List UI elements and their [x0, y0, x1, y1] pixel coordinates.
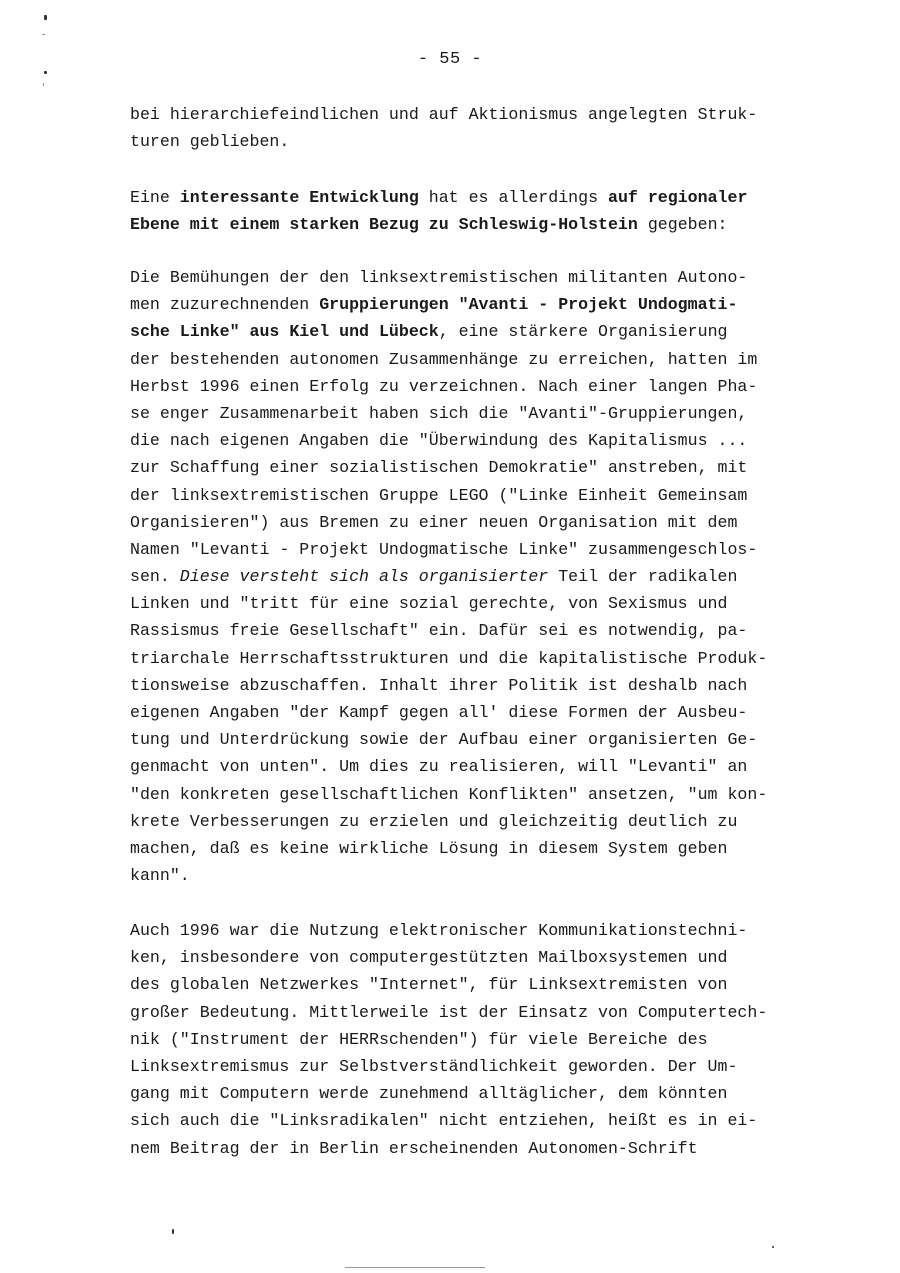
- italic-text: Diese versteht sich als organisierter: [180, 567, 548, 586]
- text-run: sen.: [130, 567, 180, 586]
- text-run: tung und Unterdrückung sowie der Aufbau …: [130, 730, 757, 749]
- text-run: kann".: [130, 866, 190, 885]
- text-line: sen. Diese versteht sich als organisiert…: [130, 563, 850, 590]
- text-run: krete Verbesserungen zu erzielen und gle…: [130, 812, 737, 831]
- text-line: kann".: [130, 862, 850, 889]
- text-run: die nach eigenen Angaben die "Überwindun…: [130, 431, 747, 450]
- text-line: Linksextremismus zur Selbstverständlichk…: [130, 1053, 850, 1080]
- text-line: nik ("Instrument der HERRschenden") für …: [130, 1026, 850, 1053]
- text-run: nem Beitrag der in Berlin erscheinenden …: [130, 1139, 698, 1158]
- text-line: Herbst 1996 einen Erfolg zu verzeichnen.…: [130, 373, 850, 400]
- text-run: turen geblieben.: [130, 132, 289, 151]
- text-line: tionsweise abzuschaffen. Inhalt ihrer Po…: [130, 672, 850, 699]
- text-run: Teil der radikalen: [548, 567, 737, 586]
- bold-text: interessante Entwicklung: [180, 188, 419, 207]
- text-line: der bestehenden autonomen Zusammenhänge …: [130, 346, 850, 373]
- text-run: gang mit Computern werde zunehmend alltä…: [130, 1084, 727, 1103]
- text-run: machen, daß es keine wirkliche Lösung in…: [130, 839, 727, 858]
- text-run: Linken und "tritt für eine sozial gerech…: [130, 594, 727, 613]
- text-line: Die Bemühungen der den linksextremistisc…: [130, 264, 850, 291]
- text-run: Auch 1996 war die Nutzung elektronischer…: [130, 921, 747, 940]
- text-line: nem Beitrag der in Berlin erscheinenden …: [130, 1135, 850, 1162]
- text-line: gang mit Computern werde zunehmend alltä…: [130, 1080, 850, 1107]
- text-run: ken, insbesondere von computergestützten…: [130, 948, 727, 967]
- text-run: tionsweise abzuschaffen. Inhalt ihrer Po…: [130, 676, 747, 695]
- text-line: Rassismus freie Gesellschaft" ein. Dafür…: [130, 617, 850, 644]
- paragraph-1: bei hierarchiefeindlichen und auf Aktion…: [130, 101, 850, 155]
- text-line: eigenen Angaben "der Kampf gegen all' di…: [130, 699, 850, 726]
- text-line: Auch 1996 war die Nutzung elektronischer…: [130, 917, 850, 944]
- text-run: , eine stärkere Organisierung: [439, 322, 728, 341]
- text-run: Rassismus freie Gesellschaft" ein. Dafür…: [130, 621, 747, 640]
- paragraph-3: Die Bemühungen der den linksextremistisc…: [130, 264, 850, 889]
- paragraph-4: Auch 1996 war die Nutzung elektronischer…: [130, 917, 850, 1162]
- text-run: gegeben:: [638, 215, 728, 234]
- text-line: Eine interessante Entwicklung hat es all…: [130, 184, 850, 211]
- text-line: Namen "Levanti - Projekt Undogmatische L…: [130, 536, 850, 563]
- text-run: eigenen Angaben "der Kampf gegen all' di…: [130, 703, 747, 722]
- text-run: zur Schaffung einer sozialistischen Demo…: [130, 458, 747, 477]
- bold-text: auf regionaler: [608, 188, 747, 207]
- text-line: tung und Unterdrückung sowie der Aufbau …: [130, 726, 850, 753]
- text-run: sich auch die "Linksradikalen" nicht ent…: [130, 1111, 757, 1130]
- text-line: sich auch die "Linksradikalen" nicht ent…: [130, 1107, 850, 1134]
- text-run: hat es allerdings: [419, 188, 608, 207]
- text-line: Organisieren") aus Bremen zu einer neuen…: [130, 509, 850, 536]
- scan-speck: [772, 1246, 774, 1248]
- text-line: sche Linke" aus Kiel und Lübeck, eine st…: [130, 318, 850, 345]
- text-line: Ebene mit einem starken Bezug zu Schlesw…: [130, 211, 850, 238]
- scan-speck: [44, 15, 47, 20]
- text-run: der linksextremistischen Gruppe LEGO ("L…: [130, 486, 747, 505]
- text-run: "den konkreten gesellschaftlichen Konfli…: [130, 785, 767, 804]
- text-line: turen geblieben.: [130, 128, 850, 155]
- text-line: die nach eigenen Angaben die "Überwindun…: [130, 427, 850, 454]
- text-run: großer Bedeutung. Mittlerweile ist der E…: [130, 1003, 767, 1022]
- text-line: se enger Zusammenarbeit haben sich die "…: [130, 400, 850, 427]
- text-line: krete Verbesserungen zu erzielen und gle…: [130, 808, 850, 835]
- paragraph-2: Eine interessante Entwicklung hat es all…: [130, 184, 850, 238]
- text-line: bei hierarchiefeindlichen und auf Aktion…: [130, 101, 850, 128]
- bold-text: Ebene mit einem starken Bezug zu Schlesw…: [130, 215, 638, 234]
- text-run: genmacht von unten". Um dies zu realisie…: [130, 757, 747, 776]
- text-run: triarchale Herrschaftsstrukturen und die…: [130, 649, 767, 668]
- text-line: triarchale Herrschaftsstrukturen und die…: [130, 645, 850, 672]
- page-number: - 55 -: [0, 50, 900, 69]
- bold-text: sche Linke" aus Kiel und Lübeck: [130, 322, 439, 341]
- text-run: Die Bemühungen der den linksextremistisc…: [130, 268, 747, 287]
- text-line: genmacht von unten". Um dies zu realisie…: [130, 753, 850, 780]
- text-run: Organisieren") aus Bremen zu einer neuen…: [130, 513, 737, 532]
- text-line: des globalen Netzwerkes "Internet", für …: [130, 971, 850, 998]
- scan-speck: [42, 34, 45, 35]
- text-line: zur Schaffung einer sozialistischen Demo…: [130, 454, 850, 481]
- scan-speck: [43, 83, 44, 86]
- text-run: se enger Zusammenarbeit haben sich die "…: [130, 404, 747, 423]
- text-run: nik ("Instrument der HERRschenden") für …: [130, 1030, 708, 1049]
- text-line: Linken und "tritt für eine sozial gerech…: [130, 590, 850, 617]
- bold-text: Gruppierungen "Avanti - Projekt Undogmat…: [319, 295, 737, 314]
- text-line: großer Bedeutung. Mittlerweile ist der E…: [130, 999, 850, 1026]
- text-run: men zuzurechnenden: [130, 295, 319, 314]
- text-run: bei hierarchiefeindlichen und auf Aktion…: [130, 105, 757, 124]
- text-run: Namen "Levanti - Projekt Undogmatische L…: [130, 540, 757, 559]
- text-run: Eine: [130, 188, 180, 207]
- text-run: Herbst 1996 einen Erfolg zu verzeichnen.…: [130, 377, 757, 396]
- text-run: der bestehenden autonomen Zusammenhänge …: [130, 350, 757, 369]
- text-run: Linksextremismus zur Selbstverständlichk…: [130, 1057, 737, 1076]
- scan-speck: [172, 1229, 174, 1234]
- text-line: machen, daß es keine wirkliche Lösung in…: [130, 835, 850, 862]
- text-line: ken, insbesondere von computergestützten…: [130, 944, 850, 971]
- text-line: "den konkreten gesellschaftlichen Konfli…: [130, 781, 850, 808]
- footer-scan-rule: [345, 1267, 485, 1268]
- text-line: der linksextremistischen Gruppe LEGO ("L…: [130, 482, 850, 509]
- text-line: men zuzurechnenden Gruppierungen "Avanti…: [130, 291, 850, 318]
- scan-speck: [44, 71, 47, 74]
- text-run: des globalen Netzwerkes "Internet", für …: [130, 975, 727, 994]
